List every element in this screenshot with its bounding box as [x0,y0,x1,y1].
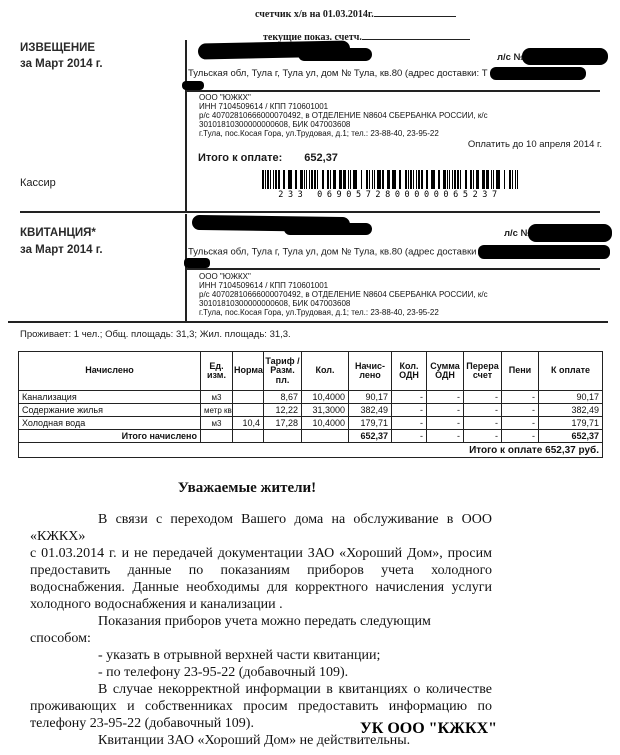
letter-signature: УК ООО "КЖКХ" [360,720,497,738]
to-pay: 382,49 [539,404,603,417]
unit: м3 [201,417,233,430]
redaction-blob-payer-name-2-tail [284,223,372,235]
letter-line: с 01.03.2014 г. и не передачей документа… [30,545,492,562]
recalc: - [464,417,502,430]
total-qty-odn: - [392,430,427,443]
charges-table: Начислено Ед. изм. Норма Тариф / Разм. п… [18,351,603,458]
qty-odn: - [392,417,427,430]
tariff: 12,22 [264,404,302,417]
qty: 10,4000 [302,391,349,404]
col-header-penalty: Пени [502,352,539,391]
qty-odn: - [392,404,427,417]
penalty: - [502,404,539,417]
charged: 90,17 [349,391,392,404]
notice-period: за Март 2014 г. [20,58,103,70]
table-footer-row: Итого к оплате 652,37 руб. [19,443,603,458]
charged: 179,71 [349,417,392,430]
letter-line: В связи с переходом Вашего дома на обслу… [30,511,492,545]
company-name: ООО "ЮЖКХ" [199,93,488,102]
unit: м3 [201,391,233,404]
letter-line: холодного водоснабжения и канализации . [30,596,492,613]
qty-odn: - [392,391,427,404]
charges-table-wrapper: Начислено Ед. изм. Норма Тариф / Разм. п… [18,351,603,458]
notice-total-line: Итого к оплате:652,37 [198,152,338,164]
table-row-housing: Содержание жилья метр кв. 12,22 31,3000 … [19,404,603,417]
norm [233,391,264,404]
table-total-row: Итого начислено 652,37 - - - - 652,37 [19,430,603,443]
company-bank-line-1: р/с 40702810666000070492, в ОТДЕЛЕНИЕ N8… [199,290,488,299]
service-name: Канализация [19,391,201,404]
letter-line: проживающих и собственниках просим предо… [30,698,492,715]
cashier-label: Кассир [20,177,56,189]
table-header-row: Начислено Ед. изм. Норма Тариф / Разм. п… [19,352,603,391]
letter-line: - по телефону 23-95-22 (добавочный 109). [30,664,492,681]
letter-line: В случае некорректной информации в квита… [30,681,492,698]
total-recalc: - [464,430,502,443]
col-header-charged: Начис- лено [349,352,392,391]
tariff: 8,67 [264,391,302,404]
redaction-blob-delivery-address-2 [478,245,610,259]
table-row-sewerage: Канализация м3 8,67 10,4000 90,17 - - - … [19,391,603,404]
empty-cell [233,430,264,443]
notice-title: ИЗВЕЩЕНИЕ [20,42,95,54]
empty-cell [264,430,302,443]
letter-line: предоставить данные по показаниям прибор… [30,562,492,579]
recalc: - [464,404,502,417]
receipt-address-line: Тульская обл, Тула г, Тула ул, дом № Тул… [188,245,610,259]
company-contact-line: г.Тула, пос.Косая Гора, ул.Трудовая, д.1… [199,308,488,317]
section-divider [20,211,600,213]
redaction-blob-payer-name-tail [298,48,372,61]
redaction-blob-account-number [522,48,608,65]
receipt-company-block: ООО "ЮЖКХ" ИНН 7104509614 / КПП 71060100… [199,272,488,317]
redaction-blob-delivery-address [490,67,586,80]
service-name: Холодная вода [19,417,201,430]
empty-cell [302,430,349,443]
notice-account-label: л/с № [497,52,524,63]
total-penalty: - [502,430,539,443]
company-contact-line: г.Тула, пос.Косая Гора, ул.Трудовая, д.1… [199,129,488,138]
company-inn-kpp: ИНН 7104509614 / КПП 710601001 [199,281,488,290]
sum-odn: - [427,404,464,417]
redaction-blob-address-tail [182,81,204,90]
col-header-qty-odn: Кол. ОДН [392,352,427,391]
col-header-tariff: Тариф / Разм. пл. [264,352,302,391]
meter-reading-blank-2 [362,31,470,40]
notice-total-value: 652,37 [304,152,338,164]
col-header-qty: Кол. [302,352,349,391]
empty-cell [201,430,233,443]
utility-bill-scan: счетчик х/в на 01.03.2014г. текущие пока… [0,0,620,755]
qty: 31,3000 [302,404,349,417]
receipt-period: за Март 2014 г. [20,244,103,256]
redaction-blob-account-number-2 [528,224,612,242]
letter-to-residents: Уважаемые жители! В связи с переходом Ва… [30,480,492,749]
grand-total-line: Итого к оплате 652,37 руб. [19,443,603,458]
notice-address-text: Тульская обл, Тула г, Тула ул, дом № Тул… [188,68,488,79]
letter-line: Показания приборов учета можно передать … [30,613,492,647]
tariff: 17,28 [264,417,302,430]
company-name: ООО "ЮЖКХ" [199,272,488,281]
col-header-norm: Норма [233,352,264,391]
barcode-digits: 233 0690572800000065237 [256,190,524,200]
occupancy-line: Проживает: 1 чел.; Общ. площадь: 31,3; Ж… [20,329,291,340]
notice-vertical-divider [185,40,187,212]
letter-line: - указать в отрывной верхней части квита… [30,647,492,664]
notice-total-label: Итого к оплате: [198,152,282,164]
col-header-to-pay: К оплате [539,352,603,391]
letter-line: водоснабжения. Данные необходимы для кор… [30,579,492,596]
letter-greeting: Уважаемые жители! [30,480,492,497]
to-pay: 90,17 [539,391,603,404]
col-header-sum-odn: Сумма ОДН [427,352,464,391]
charged: 382,49 [349,404,392,417]
meter-reading-blank-1 [374,8,456,17]
table-row-cold-water: Холодная вода м3 10,4 17,28 10,4000 179,… [19,417,603,430]
unit: метр кв. [201,404,233,417]
penalty: - [502,391,539,404]
redaction-blob-address-2-tail [184,258,210,268]
col-header-recalc: Перера счет [464,352,502,391]
notice-address-rule [185,90,600,92]
to-pay: 179,71 [539,417,603,430]
sum-odn: - [427,417,464,430]
pay-due-note: Оплатить до 10 апреля 2014 г. [430,139,602,150]
receipt-address-rule [185,268,600,270]
notice-address-line: Тульская обл, Тула г, Тула ул, дом № Тул… [188,67,586,80]
recalc: - [464,391,502,404]
company-inn-kpp: ИНН 7104509614 / КПП 710601001 [199,102,488,111]
total-sum-odn: - [427,430,464,443]
total-charged: 652,37 [349,430,392,443]
meter-reading-label-1: счетчик х/в на 01.03.2014г. [255,9,374,20]
penalty: - [502,417,539,430]
company-bank-line-2: 30101810300000000608, БИК 047003608 [199,120,488,129]
meter-reading-line-1: счетчик х/в на 01.03.2014г. [255,8,456,20]
receipt-address-text: Тульская обл, Тула г, Тула ул, дом № Тул… [188,247,476,258]
company-bank-line-1: р/с 40702810666000070492, в ОТДЕЛЕНИЕ N8… [199,111,488,120]
total-to-pay: 652,37 [539,430,603,443]
company-bank-line-2: 30101810300000000608, БИК 047003608 [199,299,488,308]
qty: 10,4000 [302,417,349,430]
col-header-unit: Ед. изм. [201,352,233,391]
receipt-title: КВИТАНЦИЯ* [20,227,96,239]
service-name: Содержание жилья [19,404,201,417]
receipt-bottom-rule [8,321,608,323]
col-header-accrued: Начислено [19,352,201,391]
notice-company-block: ООО "ЮЖКХ" ИНН 7104509614 / КПП 71060100… [199,93,488,138]
barcode [262,170,518,189]
total-accrued-label: Итого начислено [19,430,201,443]
norm: 10,4 [233,417,264,430]
norm [233,404,264,417]
sum-odn: - [427,391,464,404]
